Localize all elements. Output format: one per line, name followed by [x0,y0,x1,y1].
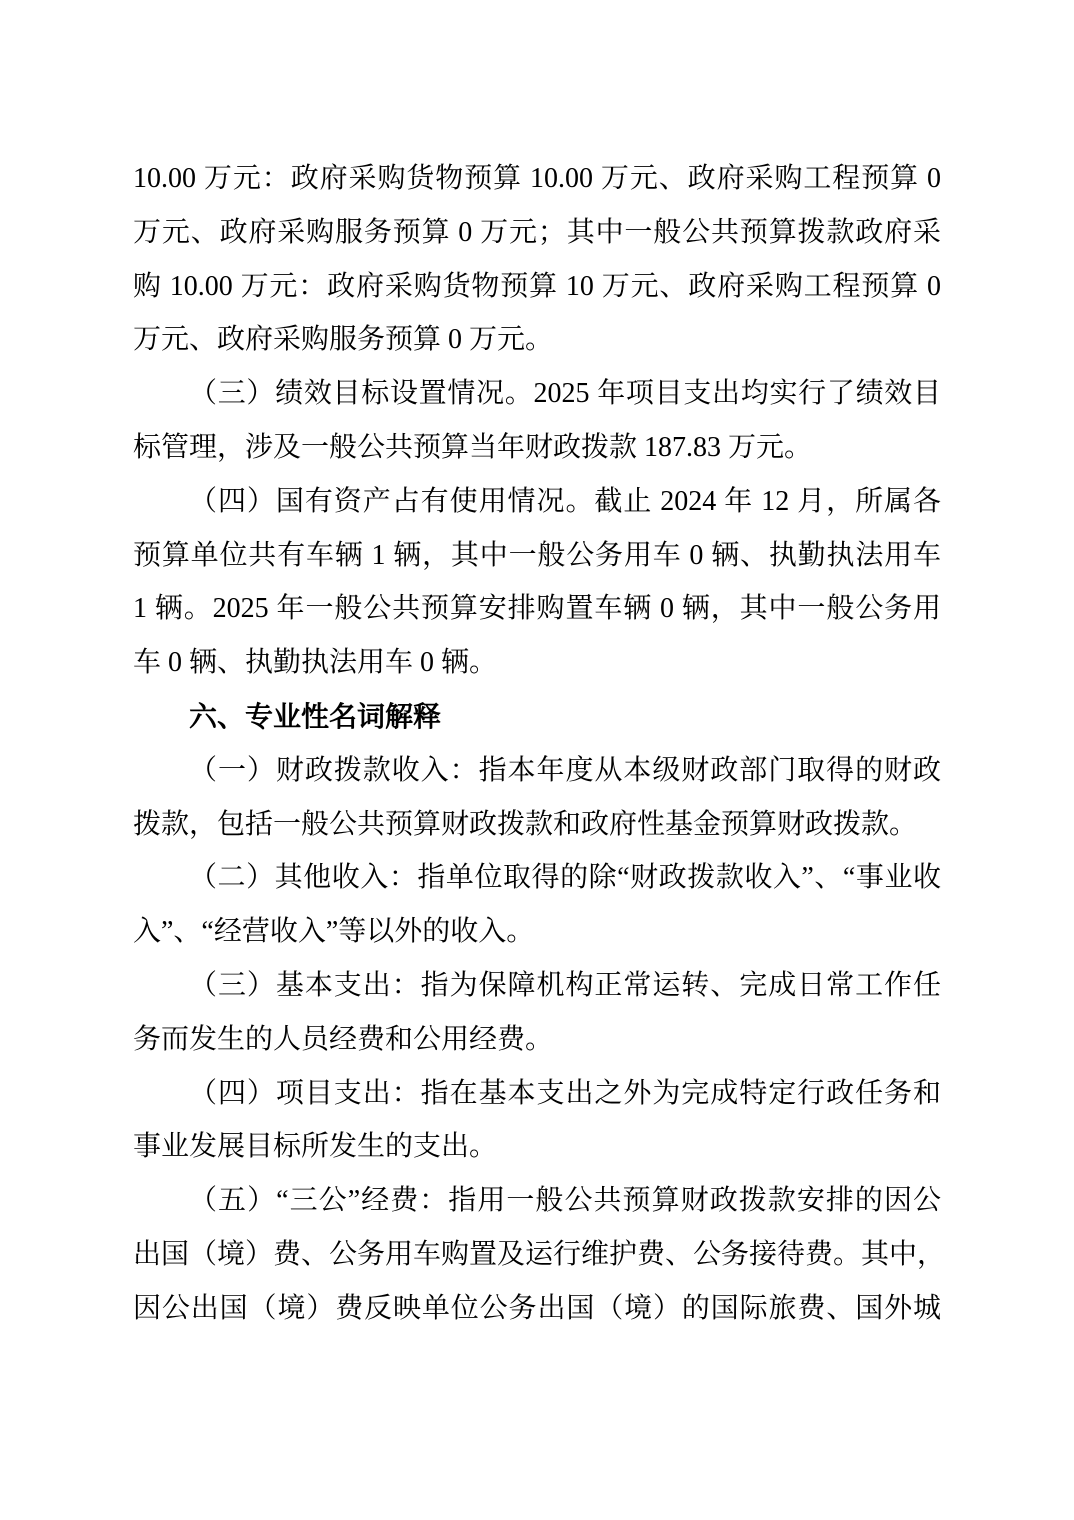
text-line: （一）财政拨款收入：指本年度从本级财政部门取得的财政 [133,744,941,798]
paragraph-term-3-basic-expenditure: （三）基本支出：指为保障机构正常运转、完成日常工作任务而发生的人员经费和公用经费… [133,959,941,1067]
text-body: 10.00 万元：政府采购货物预算 10.00 万元、政府采购工程预算 0万元、… [133,152,941,1336]
text-line: 10.00 万元：政府采购货物预算 10.00 万元、政府采购工程预算 0 [133,152,941,206]
paragraph-heading-6-terminology: 六、专业性名词解释 [133,690,941,744]
text-line: （四）国有资产占有使用情况。截止 2024 年 12 月，所属各 [133,475,941,529]
text-line: （三）基本支出：指为保障机构正常运转、完成日常工作任 [133,959,941,1013]
paragraph-term-5-three-public-expenses: （五）“三公”经费：指用一般公共预算财政拨款安排的因公出国（境）费、公务用车购置… [133,1174,941,1335]
text-line: 拨款，包括一般公共预算财政拨款和政府性基金预算财政拨款。 [133,798,941,852]
text-line: 万元、政府采购服务预算 0 万元。 [133,313,941,367]
paragraph-term-4-project-expenditure: （四）项目支出：指在基本支出之外为完成特定行政任务和事业发展目标所发生的支出。 [133,1067,941,1175]
text-line: 出国（境）费、公务用车购置及运行维护费、公务接待费。其中， [133,1228,941,1282]
text-line: （二）其他收入：指单位取得的除“财政拨款收入”、“事业收 [133,851,941,905]
text-line: 购 10.00 万元：政府采购货物预算 10 万元、政府采购工程预算 0 [133,260,941,314]
text-line: 万元、政府采购服务预算 0 万元；其中一般公共预算拨款政府采 [133,206,941,260]
paragraph-section-3-performance-targets: （三）绩效目标设置情况。2025 年项目支出均实行了绩效目标管理，涉及一般公共预… [133,367,941,475]
text-line: 六、专业性名词解释 [133,690,941,744]
text-line: 因公出国（境）费反映单位公务出国（境）的国际旅费、国外城 [133,1282,941,1336]
paragraph-term-2-other-income: （二）其他收入：指单位取得的除“财政拨款收入”、“事业收入”、“经营收入”等以外… [133,851,941,959]
document-page: 10.00 万元：政府采购货物预算 10.00 万元、政府采购工程预算 0万元、… [0,0,1074,1520]
text-line: 1 辆。2025 年一般公共预算安排购置车辆 0 辆，其中一般公务用 [133,582,941,636]
text-line: 入”、“经营收入”等以外的收入。 [133,905,941,959]
paragraph-section-4-state-owned-assets: （四）国有资产占有使用情况。截止 2024 年 12 月，所属各预算单位共有车辆… [133,475,941,690]
text-line: 事业发展目标所发生的支出。 [133,1120,941,1174]
text-line: 车 0 辆、执勤执法用车 0 辆。 [133,636,941,690]
text-line: （四）项目支出：指在基本支出之外为完成特定行政任务和 [133,1067,941,1121]
text-line: 预算单位共有车辆 1 辆，其中一般公务用车 0 辆、执勤执法用车 [133,529,941,583]
text-line: 务而发生的人员经费和公用经费。 [133,1013,941,1067]
text-line: （三）绩效目标设置情况。2025 年项目支出均实行了绩效目 [133,367,941,421]
paragraph-term-1-fiscal-appropriation-income: （一）财政拨款收入：指本年度从本级财政部门取得的财政拨款，包括一般公共预算财政拨… [133,744,941,852]
text-line: 标管理，涉及一般公共预算当年财政拨款 187.83 万元。 [133,421,941,475]
paragraph-procurement-budget-continued: 10.00 万元：政府采购货物预算 10.00 万元、政府采购工程预算 0万元、… [133,152,941,367]
text-line: （五）“三公”经费：指用一般公共预算财政拨款安排的因公 [133,1174,941,1228]
